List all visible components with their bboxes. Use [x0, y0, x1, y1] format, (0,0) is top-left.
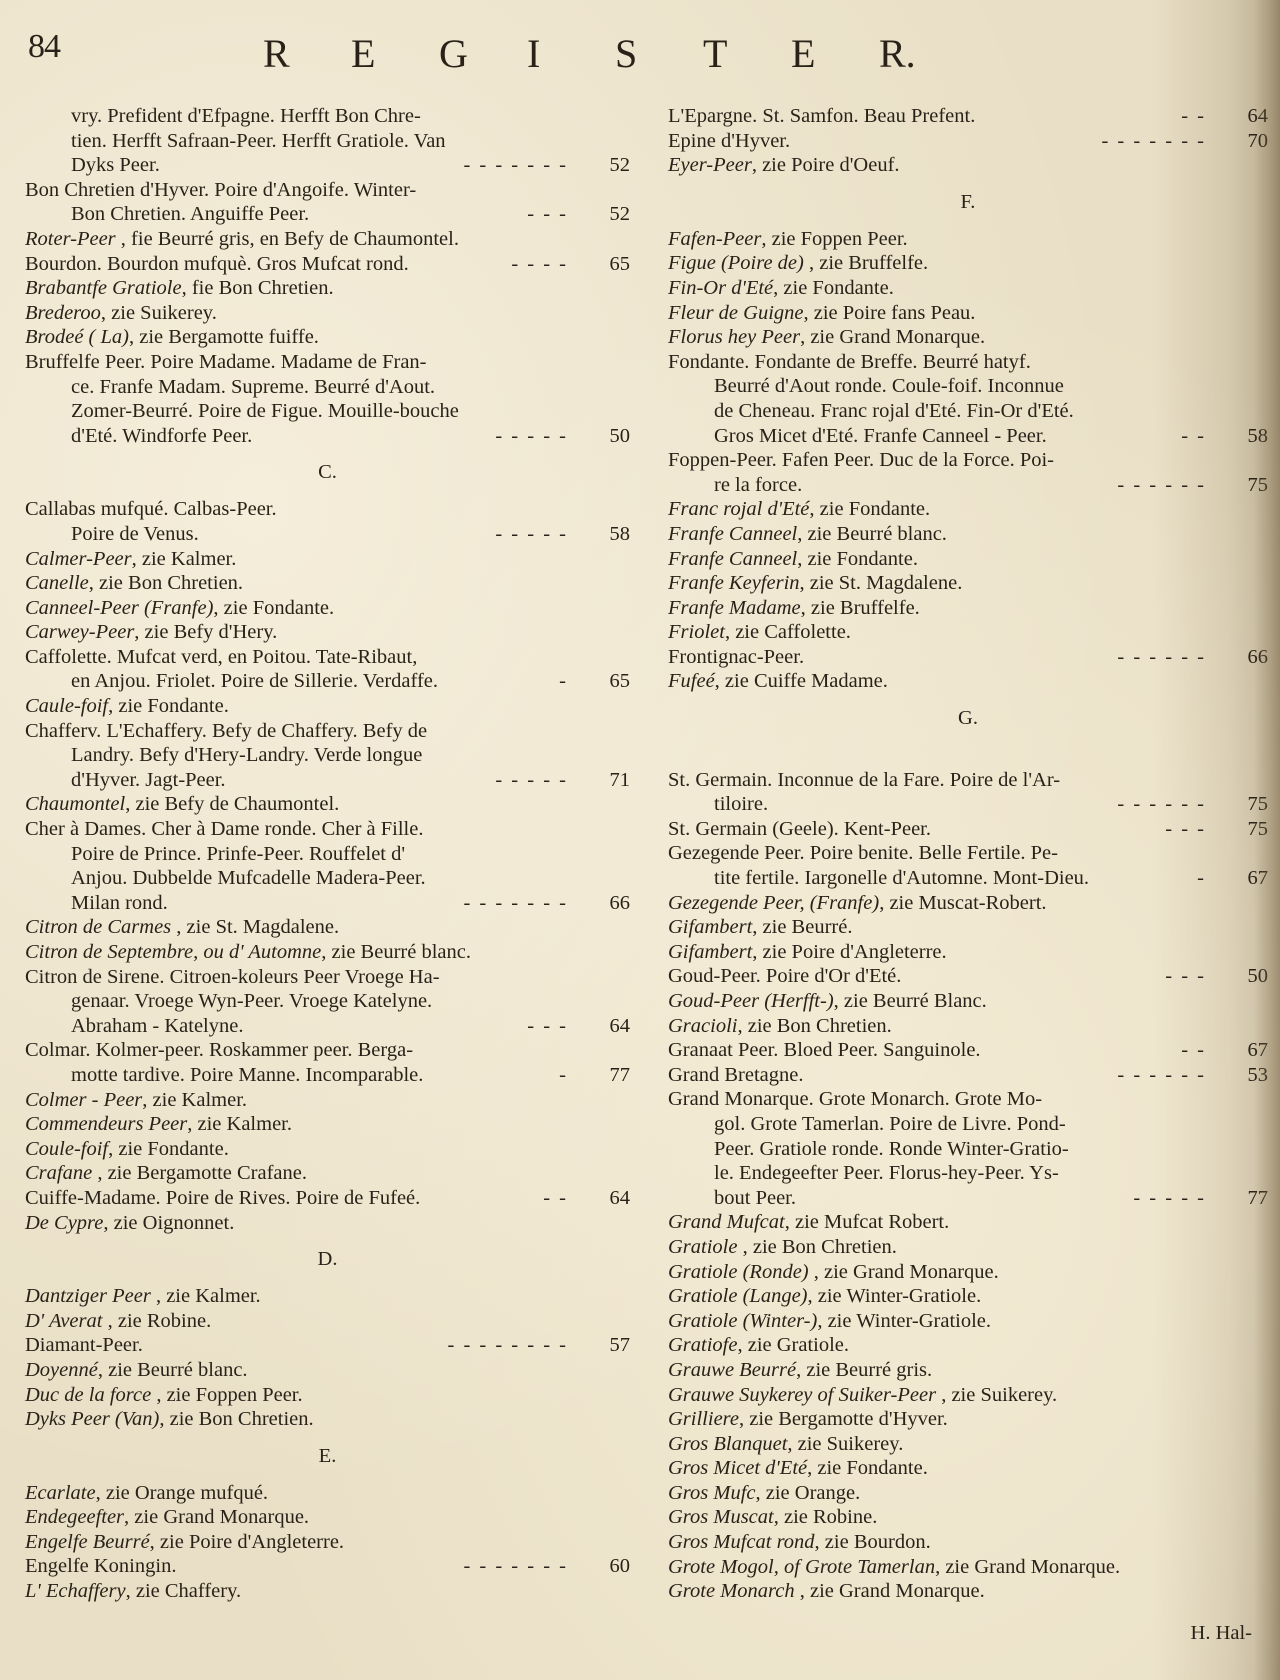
cross-reference-entry: Dyks Peer (Van), zie Bon Chretien.	[25, 1407, 630, 1432]
entry-line: de Cheneau. Franc rojal d'Eté. Fin-Or d'…	[668, 399, 1268, 424]
entry-term: Gros Mufcat rond	[668, 1531, 815, 1553]
entry-term: Commendeurs Peer	[25, 1113, 187, 1135]
entry-term: Grilliere	[668, 1408, 739, 1430]
entry-text: re la force.	[714, 474, 802, 496]
entry-text: vry. Prefident d'Efpagne. Herfft Bon Chr…	[71, 105, 421, 127]
cross-reference-entry: Gros Mufcat rond, zie Bourdon.	[668, 1530, 1268, 1555]
register-page: 84 R E G I S T E R. vry. Prefident d'Efp…	[0, 0, 1280, 1680]
entry-line: Bourdon. Bourdon mufquè. Gros Mufcat ron…	[25, 252, 630, 277]
entry-text: L'Epargne. St. Samfon. Beau Prefent.	[668, 105, 975, 127]
entry-see-also: , zie Beurré Blanc.	[834, 990, 987, 1012]
page-reference: 77	[590, 1063, 630, 1088]
entry-text: motte tardive. Poire Manne. Incomparable…	[71, 1064, 423, 1086]
section-letter: G.	[958, 706, 978, 730]
entry-see-also: , zie Chaffery.	[126, 1580, 242, 1602]
entry-see-also: , zie Bergamotte fuiffe.	[129, 326, 319, 348]
dot-leader: - - - - -	[495, 768, 568, 793]
entry-see-also: , zie Gratiole.	[737, 1334, 849, 1356]
cross-reference-entry: Gros Mufc, zie Orange.	[668, 1481, 1268, 1506]
entry-line: St. Germain (Geele). Kent-Peer.- - -75	[668, 817, 1268, 842]
entry-text: Beurré d'Aout ronde. Coule-foif. Inconnu…	[714, 375, 1064, 397]
entry-term: Franfe Keyferin	[668, 572, 800, 594]
entry-term: Gifambert	[668, 941, 752, 963]
index-entry: Grand Monarque. Grote Monarch. Grote Mo-…	[668, 1087, 1268, 1210]
entry-see-also: , zie Grand Monarque.	[124, 1506, 309, 1528]
dot-leader: - - - - - -	[1117, 792, 1206, 817]
entry-see-also: , zie Winter-Gratiole.	[808, 1285, 982, 1307]
index-entry: St. Germain. Inconnue de la Fare. Poire …	[668, 768, 1268, 817]
entry-see-also: , zie Fondante.	[213, 597, 334, 619]
index-entry: Epine d'Hyver.- - - - - - -70	[668, 129, 1268, 154]
cross-reference-entry: Fleur de Guigne, zie Poire fans Peau.	[668, 301, 1268, 326]
entry-see-also: , zie Beurré gris.	[796, 1359, 932, 1381]
cross-reference-entry: Grauwe Suykerey of Suiker-Peer , zie Sui…	[668, 1383, 1268, 1408]
entry-see-also: , zie Kalmer.	[132, 548, 237, 570]
entry-see-also: , zie Fondante.	[108, 695, 229, 717]
entry-text: Frontignac-Peer.	[668, 646, 804, 668]
dot-leader: -	[559, 1063, 568, 1088]
entry-term: Brabantfe Gratiole	[25, 277, 182, 299]
entry-line: genaar. Vroege Wyn-Peer. Vroege Katelyne…	[25, 989, 630, 1014]
entry-term: Roter-Peer	[25, 228, 116, 250]
cross-reference-entry: Gifambert, zie Poire d'Angleterre.	[668, 940, 1268, 965]
entry-see-also: , zie Bon Chretien.	[737, 1236, 896, 1258]
index-entry: Grand Bretagne.- - - - - -53	[668, 1063, 1268, 1088]
entry-line: Poire de Venus.- - - - -58	[25, 522, 630, 547]
dot-leader: - - - - - - -	[463, 891, 568, 916]
index-entry: Bourdon. Bourdon mufquè. Gros Mufcat ron…	[25, 252, 630, 277]
cross-reference-entry: Roter-Peer , fie Beurré gris, en Befy de…	[25, 227, 630, 252]
page-gutter-shadow	[1254, 0, 1280, 1680]
dot-leader: - -	[1181, 104, 1206, 129]
cross-reference-entry: Franfe Canneel, zie Fondante.	[668, 547, 1268, 572]
entry-term: Doyenné	[25, 1359, 98, 1381]
cross-reference-entry: Gracioli, zie Bon Chretien.	[668, 1014, 1268, 1039]
entry-line: tiloire.- - - - - -75	[668, 792, 1268, 817]
entry-term: Friolet	[668, 621, 725, 643]
running-title: R E G I S T E R.	[263, 30, 967, 77]
entry-line: Dyks Peer.- - - - - - -52	[25, 153, 630, 178]
entry-see-also: , zie Beurré blanc.	[797, 523, 947, 545]
section-heading: E.	[25, 1432, 630, 1481]
entry-see-also: , zie Bourdon.	[815, 1531, 931, 1553]
entry-text: Epine d'Hyver.	[668, 130, 790, 152]
index-entry: Cher à Dames. Cher à Dame ronde. Cher à …	[25, 817, 630, 915]
title-letter: E	[351, 30, 439, 77]
cross-reference-entry: Figue (Poire de) , zie Bruffelfe.	[668, 251, 1268, 276]
cross-reference-entry: Citron de Septembre, ou d' Automne, zie …	[25, 940, 630, 965]
entry-line: Cher à Dames. Cher à Dame ronde. Cher à …	[25, 817, 630, 842]
entry-text: Granaat Peer. Bloed Peer. Sanguinole.	[668, 1039, 981, 1061]
entry-term: L' Echaffery	[25, 1580, 126, 1602]
entry-text: genaar. Vroege Wyn-Peer. Vroege Katelyne…	[71, 990, 432, 1012]
page-reference: 52	[590, 153, 630, 178]
entry-line: Engelfe Koningin.- - - - - - -60	[25, 1554, 630, 1579]
dot-leader: - - - - - - -	[1101, 129, 1206, 154]
entry-see-also: , zie Beurré blanc.	[321, 941, 471, 963]
entry-see-also: , zie Mufcat Robert.	[785, 1211, 950, 1233]
cross-reference-entry: Gros Micet d'Eté, zie Fondante.	[668, 1456, 1268, 1481]
entry-see-also: , zie Beurré.	[752, 916, 852, 938]
cross-reference-entry: Friolet, zie Caffolette.	[668, 620, 1268, 645]
entry-see-also: , zie Poire fans Peau.	[804, 302, 976, 324]
entry-line: Grand Bretagne.- - - - - -53	[668, 1063, 1268, 1088]
page-reference: 50	[590, 424, 630, 449]
entry-see-also: , zie Bergamotte Crafane.	[92, 1162, 307, 1184]
cross-reference-entry: Grote Monarch , zie Grand Monarque.	[668, 1579, 1268, 1604]
cross-reference-entry: Franfe Madame, zie Bruffelfe.	[668, 596, 1268, 621]
dot-leader: - - - - -	[1133, 1186, 1206, 1211]
page-reference: 52	[590, 202, 630, 227]
cross-reference-entry: Gezegende Peer, (Franfe), zie Muscat-Rob…	[668, 891, 1268, 916]
entry-text: Cher à Dames. Cher à Dame ronde. Cher à …	[25, 818, 423, 840]
entry-see-also: , zie Beurré blanc.	[98, 1359, 248, 1381]
entry-see-also: , zie Suikerey.	[101, 302, 217, 324]
cross-reference-entry: Carwey-Peer, zie Befy d'Hery.	[25, 620, 630, 645]
entry-text: Fondante. Fondante de Breffe. Beurré hat…	[668, 351, 1031, 373]
cross-reference-entry: Grauwe Beurré, zie Beurré gris.	[668, 1358, 1268, 1383]
entry-see-also: , zie St. Magdalene.	[171, 916, 339, 938]
cross-reference-entry: Gratiofe, zie Gratiole.	[668, 1333, 1268, 1358]
entry-text: d'Hyver. Jagt-Peer.	[71, 769, 226, 791]
entry-line: Landry. Befy d'Hery-Landry. Verde longue	[25, 743, 630, 768]
entry-line: L'Epargne. St. Samfon. Beau Prefent.- -6…	[668, 104, 1268, 129]
entry-term: Gratiofe	[668, 1334, 737, 1356]
entry-see-also: , zie Robine.	[102, 1310, 211, 1332]
entry-text: en Anjou. Friolet. Poire de Sillerie. Ve…	[71, 670, 438, 692]
entry-text: Zomer-Beurré. Poire de Figue. Mouille-bo…	[71, 400, 459, 422]
cross-reference-entry: Dantziger Peer , zie Kalmer.	[25, 1284, 630, 1309]
entry-term: D' Averat	[25, 1310, 102, 1332]
entry-see-also: , zie Grand Monarque.	[935, 1556, 1120, 1578]
entry-term: Dyks Peer (Van)	[25, 1408, 159, 1430]
entry-line: Peer. Gratiole ronde. Ronde Winter-Grati…	[668, 1137, 1268, 1162]
entry-see-also: , zie Fondante.	[809, 498, 930, 520]
entry-text: Caffolette. Mufcat verd, en Poitou. Tate…	[25, 646, 417, 668]
cross-reference-entry: Commendeurs Peer, zie Kalmer.	[25, 1112, 630, 1137]
entry-text: Bon Chretien. Anguiffe Peer.	[71, 203, 309, 225]
entry-text: Bon Chretien d'Hyver. Poire d'Angoife. W…	[25, 179, 416, 201]
entry-text: Milan rond.	[71, 892, 168, 914]
page-reference: 65	[590, 252, 630, 277]
entry-line: Poire de Prince. Prinfe-Peer. Rouffelet …	[25, 842, 630, 867]
entry-term: Fafen-Peer	[668, 228, 761, 250]
entry-line: d'Eté. Windforfe Peer.- - - - -50	[25, 424, 630, 449]
entry-see-also: , zie Kalmer.	[151, 1285, 261, 1307]
entry-term: Duc de la force	[25, 1384, 151, 1406]
cross-reference-entry: Canelle, zie Bon Chretien.	[25, 571, 630, 596]
page-reference: 64	[590, 1014, 630, 1039]
cross-reference-entry: Grand Mufcat, zie Mufcat Robert.	[668, 1210, 1268, 1235]
entry-term: Grauwe Beurré	[668, 1359, 796, 1381]
dot-leader: - - - - - - - -	[448, 1333, 569, 1358]
entry-text: Goud-Peer. Poire d'Or d'Eté.	[668, 965, 901, 987]
entry-see-also: , zie Befy d'Hery.	[134, 621, 277, 643]
cross-reference-entry: Fin-Or d'Eté, zie Fondante.	[668, 276, 1268, 301]
entry-line: tite fertile. Iargonelle d'Automne. Mont…	[668, 866, 1268, 891]
index-entry: Goud-Peer. Poire d'Or d'Eté.- - -50	[668, 964, 1268, 989]
entry-line: Goud-Peer. Poire d'Or d'Eté.- - -50	[668, 964, 1268, 989]
entry-line: Frontignac-Peer.- - - - - -66	[668, 645, 1268, 670]
entry-text: Grand Monarque. Grote Monarch. Grote Mo-	[668, 1088, 1042, 1110]
cross-reference-entry: Gratiole (Ronde) , zie Grand Monarque.	[668, 1260, 1268, 1285]
title-letter: S	[615, 30, 703, 77]
cross-reference-entry: Gifambert, zie Beurré.	[668, 915, 1268, 940]
section-heading: C.	[25, 448, 630, 497]
entry-line: Bon Chretien. Anguiffe Peer.- - -52	[25, 202, 630, 227]
entry-text: Anjou. Dubbelde Mufcadelle Madera-Peer.	[71, 867, 426, 889]
cross-reference-entry: Gros Muscat, zie Robine.	[668, 1505, 1268, 1530]
entry-term: Florus hey Peer	[668, 326, 800, 348]
entry-line: Fondante. Fondante de Breffe. Beurré hat…	[668, 350, 1268, 375]
entry-see-also: , fie Beurré gris, en Befy de Chaumontel…	[116, 228, 459, 250]
entry-term: Ecarlate	[25, 1482, 96, 1504]
index-entry: L'Epargne. St. Samfon. Beau Prefent.- -6…	[668, 104, 1268, 129]
cross-reference-entry: Colmer - Peer, zie Kalmer.	[25, 1088, 630, 1113]
entry-term: Franfe Canneel	[668, 548, 797, 570]
index-entry: Chafferv. L'Echaffery. Befy de Chaffery.…	[25, 719, 630, 793]
dot-leader: - - - - -	[495, 522, 568, 547]
page-number: 84	[28, 28, 60, 66]
entry-term: Gros Blanquet	[668, 1433, 787, 1455]
entry-term: Franc rojal d'Eté	[668, 498, 809, 520]
index-entry: Bon Chretien d'Hyver. Poire d'Angoife. W…	[25, 178, 630, 227]
entry-text: Poire de Prince. Prinfe-Peer. Rouffelet …	[71, 843, 405, 865]
entry-line: Milan rond.- - - - - - -66	[25, 891, 630, 916]
index-entry: Caffolette. Mufcat verd, en Poitou. Tate…	[25, 645, 630, 694]
entry-text: Grand Bretagne.	[668, 1064, 803, 1086]
cross-reference-entry: Grote Mogol, of Grote Tamerlan, zie Gran…	[668, 1555, 1268, 1580]
entry-text: Callabas mufqué. Calbas-Peer.	[25, 498, 277, 520]
entry-see-also: , zie Poire d'Oeuf.	[752, 154, 900, 176]
entry-text: St. Germain. Inconnue de la Fare. Poire …	[668, 769, 1060, 791]
entry-text: Diamant-Peer.	[25, 1334, 143, 1356]
entry-line: Callabas mufqué. Calbas-Peer.	[25, 497, 630, 522]
section-letter: E.	[319, 1444, 337, 1468]
entry-text: tite fertile. Iargonelle d'Automne. Mont…	[714, 867, 1089, 889]
cross-reference-entry: Canneel-Peer (Franfe), zie Fondante.	[25, 596, 630, 621]
cross-reference-entry: Doyenné, zie Beurré blanc.	[25, 1358, 630, 1383]
index-entry: vry. Prefident d'Efpagne. Herfft Bon Chr…	[25, 104, 630, 178]
entry-term: Grauwe Suykerey of Suiker-Peer	[668, 1384, 936, 1406]
entry-text: tien. Herfft Safraan-Peer. Herfft Gratio…	[71, 130, 446, 152]
entry-see-also: , zie Bon Chretien.	[89, 572, 243, 594]
entry-see-also: , zie Caffolette.	[725, 621, 851, 643]
entry-term: Grote Monarch	[668, 1580, 795, 1602]
index-entry: St. Germain (Geele). Kent-Peer.- - -75	[668, 817, 1268, 842]
entry-text: d'Eté. Windforfe Peer.	[71, 425, 252, 447]
entry-see-also: , zie Fondante.	[797, 548, 918, 570]
page-reference: 64	[590, 1186, 630, 1211]
entry-term: Citron de Septembre, ou d' Automne	[25, 941, 321, 963]
cross-reference-entry: Gros Blanquet, zie Suikerey.	[668, 1432, 1268, 1457]
dot-leader: - - - - - -	[1117, 645, 1206, 670]
entry-see-also: , zie Bon Chretien.	[737, 1015, 891, 1037]
entry-line: Granaat Peer. Bloed Peer. Sanguinole.- -…	[668, 1038, 1268, 1063]
dot-leader: - - - - - - -	[463, 1554, 568, 1579]
entry-see-also: , zie Winter-Gratiole.	[817, 1310, 991, 1332]
index-entry: Citron de Sirene. Citroen-koleurs Peer V…	[25, 965, 630, 1039]
cross-reference-entry: Duc de la force , zie Foppen Peer.	[25, 1383, 630, 1408]
entry-term: Franfe Madame	[668, 597, 801, 619]
entry-term: Gracioli	[668, 1015, 737, 1037]
entry-text: Chafferv. L'Echaffery. Befy de Chaffery.…	[25, 720, 427, 742]
entry-text: Dyks Peer.	[71, 154, 160, 176]
entry-term: Fleur de Guigne	[668, 302, 804, 324]
entry-term: Franfe Canneel	[668, 523, 797, 545]
index-entry: Frontignac-Peer.- - - - - -66	[668, 645, 1268, 670]
title-letter: I	[527, 30, 615, 77]
entry-term: Calmer-Peer	[25, 548, 132, 570]
index-entry: Bruffelfe Peer. Poire Madame. Madame de …	[25, 350, 630, 448]
entry-see-also: , fie Bon Chretien.	[182, 277, 334, 299]
entry-term: Gratiole (Ronde)	[668, 1261, 809, 1283]
right-column: L'Epargne. St. Samfon. Beau Prefent.- -6…	[668, 104, 1268, 1604]
entry-line: Gezegende Peer. Poire benite. Belle Fert…	[668, 841, 1268, 866]
entry-see-also: , zie Cuiffe Madame.	[715, 670, 888, 692]
page-reference: 71	[590, 768, 630, 793]
entry-see-also: , zie Fondante.	[108, 1138, 229, 1160]
entry-line: le. Endegeefter Peer. Florus-hey-Peer. Y…	[668, 1161, 1268, 1186]
section-letter: F.	[961, 190, 976, 214]
title-letter: E	[791, 30, 879, 77]
entry-line: Anjou. Dubbelde Mufcadelle Madera-Peer.	[25, 866, 630, 891]
dot-leader: - - -	[1165, 817, 1206, 842]
title-letter: T	[703, 30, 791, 77]
entry-term: Carwey-Peer	[25, 621, 134, 643]
section-letter: D.	[318, 1247, 338, 1271]
cross-reference-entry: Franfe Keyferin, zie St. Magdalene.	[668, 571, 1268, 596]
cross-reference-entry: Calmer-Peer, zie Kalmer.	[25, 547, 630, 572]
index-entry: Foppen-Peer. Fafen Peer. Duc de la Force…	[668, 448, 1268, 497]
entry-term: De Cypre	[25, 1212, 103, 1234]
cross-reference-entry: Ecarlate, zie Orange mufqué.	[25, 1481, 630, 1506]
entry-term: Eyer-Peer	[668, 154, 752, 176]
cross-reference-entry: De Cypre, zie Oignonnet.	[25, 1211, 630, 1236]
entry-see-also: , zie Fondante.	[773, 277, 894, 299]
entry-line: Zomer-Beurré. Poire de Figue. Mouille-bo…	[25, 399, 630, 424]
entry-term: Colmer - Peer	[25, 1089, 142, 1111]
entry-text: Poire de Venus.	[71, 523, 199, 545]
entry-line: Chafferv. L'Echaffery. Befy de Chaffery.…	[25, 719, 630, 744]
section-heading: D.	[25, 1235, 630, 1284]
entry-text: Gros Micet d'Eté. Franfe Canneel - Peer.	[714, 425, 1047, 447]
cross-reference-entry: Crafane , zie Bergamotte Crafane.	[25, 1161, 630, 1186]
entry-line: bout Peer.- - - - -77	[668, 1186, 1268, 1211]
entry-text: ce. Franfe Madam. Supreme. Beurré d'Aout…	[71, 376, 435, 398]
entry-line: motte tardive. Poire Manne. Incomparable…	[25, 1063, 630, 1088]
cross-reference-entry: D' Averat , zie Robine.	[25, 1309, 630, 1334]
section-heading: F.	[668, 178, 1268, 227]
entry-term: Gros Mufc	[668, 1482, 756, 1504]
entry-line: vry. Prefident d'Efpagne. Herfft Bon Chr…	[25, 104, 630, 129]
entry-term: Caule-foif	[25, 695, 108, 717]
entry-term: Engelfe Beurré	[25, 1531, 150, 1553]
entry-term: Citron de Carmes	[25, 916, 171, 938]
entry-line: Abraham - Katelyne.- - -64	[25, 1014, 630, 1039]
catchword: H. Hal-	[1191, 1622, 1252, 1645]
section-heading: G.	[668, 694, 1268, 743]
entry-see-also: , zie Befy de Chaumontel.	[125, 793, 339, 815]
dot-leader: - - -	[1165, 964, 1206, 989]
entry-see-also: , zie Fondante.	[807, 1457, 928, 1479]
index-entry: Diamant-Peer.- - - - - - - -57	[25, 1333, 630, 1358]
entry-term: Gratiole (Lange)	[668, 1285, 808, 1307]
entry-see-also: , zie Orange.	[756, 1482, 861, 1504]
dot-leader: - -	[1181, 424, 1206, 449]
cross-reference-entry: Fufeé, zie Cuiffe Madame.	[668, 669, 1268, 694]
entry-line: Foppen-Peer. Fafen Peer. Duc de la Force…	[668, 448, 1268, 473]
entry-see-also: , zie Robine.	[774, 1506, 878, 1528]
dot-leader: - -	[1181, 1038, 1206, 1063]
cross-reference-entry: Grilliere, zie Bergamotte d'Hyver.	[668, 1407, 1268, 1432]
cross-reference-entry: Gratiole (Winter-), zie Winter-Gratiole.	[668, 1309, 1268, 1334]
entry-line: en Anjou. Friolet. Poire de Sillerie. Ve…	[25, 669, 630, 694]
dot-leader: - - - - - -	[1117, 1063, 1206, 1088]
cross-reference-entry: Caule-foif, zie Fondante.	[25, 694, 630, 719]
entry-term: Gratiole (Winter-)	[668, 1310, 817, 1332]
entry-text: tiloire.	[714, 793, 768, 815]
entry-term: Goud-Peer (Herfft-)	[668, 990, 834, 1012]
entry-line: d'Hyver. Jagt-Peer.- - - - -71	[25, 768, 630, 793]
entry-term: Chaumontel	[25, 793, 125, 815]
entry-text: St. Germain (Geele). Kent-Peer.	[668, 818, 931, 840]
entry-text: bout Peer.	[714, 1187, 796, 1209]
entry-see-also: , zie Poire d'Angleterre.	[752, 941, 946, 963]
index-entry: Callabas mufqué. Calbas-Peer.Poire de Ve…	[25, 497, 630, 546]
entry-text: de Cheneau. Franc rojal d'Eté. Fin-Or d'…	[714, 400, 1074, 422]
entry-text: Abraham - Katelyne.	[71, 1015, 243, 1037]
title-letter: R.	[879, 30, 967, 77]
entry-term: Brodeé ( La)	[25, 326, 129, 348]
cross-reference-entry: Brederoo, zie Suikerey.	[25, 301, 630, 326]
dot-leader: - -	[543, 1186, 568, 1211]
entry-see-also: , zie Grand Monarque.	[809, 1261, 999, 1283]
page-reference: 65	[590, 669, 630, 694]
cross-reference-entry: Engelfe Beurré, zie Poire d'Angleterre.	[25, 1530, 630, 1555]
entry-see-also: , zie St. Magdalene.	[800, 572, 963, 594]
index-entry: Fondante. Fondante de Breffe. Beurré hat…	[668, 350, 1268, 448]
cross-reference-entry: Fafen-Peer, zie Foppen Peer.	[668, 227, 1268, 252]
entry-line: ce. Franfe Madam. Supreme. Beurré d'Aout…	[25, 375, 630, 400]
entry-term: Fin-Or d'Eté	[668, 277, 773, 299]
cross-reference-entry: Endegeefter, zie Grand Monarque.	[25, 1505, 630, 1530]
cross-reference-entry: Eyer-Peer, zie Poire d'Oeuf.	[668, 153, 1268, 178]
entry-see-also: , zie Grand Monarque.	[800, 326, 985, 348]
page-reference: 66	[590, 891, 630, 916]
entry-text: Colmar. Kolmer-peer. Roskammer peer. Ber…	[25, 1039, 413, 1061]
entry-term: Brederoo	[25, 302, 101, 324]
entry-see-also: , zie Foppen Peer.	[761, 228, 907, 250]
entry-line: Beurré d'Aout ronde. Coule-foif. Inconnu…	[668, 374, 1268, 399]
index-entry: Gezegende Peer. Poire benite. Belle Fert…	[668, 841, 1268, 890]
cross-reference-entry: Brabantfe Gratiole, fie Bon Chretien.	[25, 276, 630, 301]
entry-see-also: , zie Muscat-Robert.	[879, 892, 1046, 914]
entry-term: Dantziger Peer	[25, 1285, 151, 1307]
dot-leader: -	[559, 669, 568, 694]
page-header: 84 R E G I S T E R.	[28, 18, 1250, 78]
entry-line: Cuiffe-Madame. Poire de Rives. Poire de …	[25, 1186, 630, 1211]
entry-line: Grand Monarque. Grote Monarch. Grote Mo-	[668, 1087, 1268, 1112]
cross-reference-entry: Citron de Carmes , zie St. Magdalene.	[25, 915, 630, 940]
dot-leader: - - -	[527, 202, 568, 227]
index-entry: Granaat Peer. Bloed Peer. Sanguinole.- -…	[668, 1038, 1268, 1063]
entry-term: Gifambert	[668, 916, 752, 938]
entry-line: Bruffelfe Peer. Poire Madame. Madame de …	[25, 350, 630, 375]
entry-line: St. Germain. Inconnue de la Fare. Poire …	[668, 768, 1268, 793]
entry-text: Cuiffe-Madame. Poire de Rives. Poire de …	[25, 1187, 420, 1209]
entry-text: Foppen-Peer. Fafen Peer. Duc de la Force…	[668, 449, 1054, 471]
